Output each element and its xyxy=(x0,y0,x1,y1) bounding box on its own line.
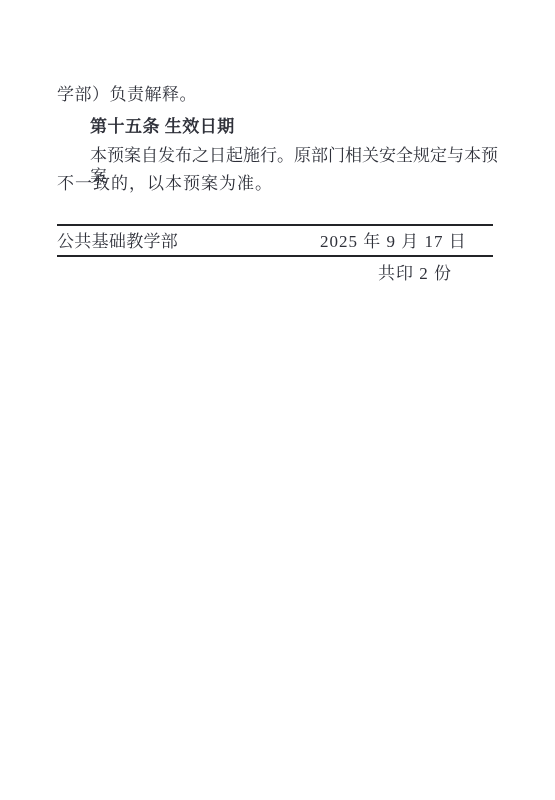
paragraph-overflow-line: 学部）负责解释。 xyxy=(57,84,197,105)
document-page: 学部）负责解释。 第十五条 生效日期 本预案自发布之日起施行。原部门相关安全规定… xyxy=(0,0,555,800)
issuing-department: 公共基础教学部 xyxy=(57,231,178,252)
copies-note: 共印 2 份 xyxy=(378,263,452,284)
effective-date-paragraph-line-2: 不一致的，以本预案为准。 xyxy=(57,173,273,194)
signature-divider-bottom xyxy=(57,255,493,257)
issue-date: 2025 年 9 月 17 日 xyxy=(320,231,467,252)
signature-divider-top xyxy=(57,224,493,226)
article-15-heading: 第十五条 生效日期 xyxy=(90,116,235,137)
